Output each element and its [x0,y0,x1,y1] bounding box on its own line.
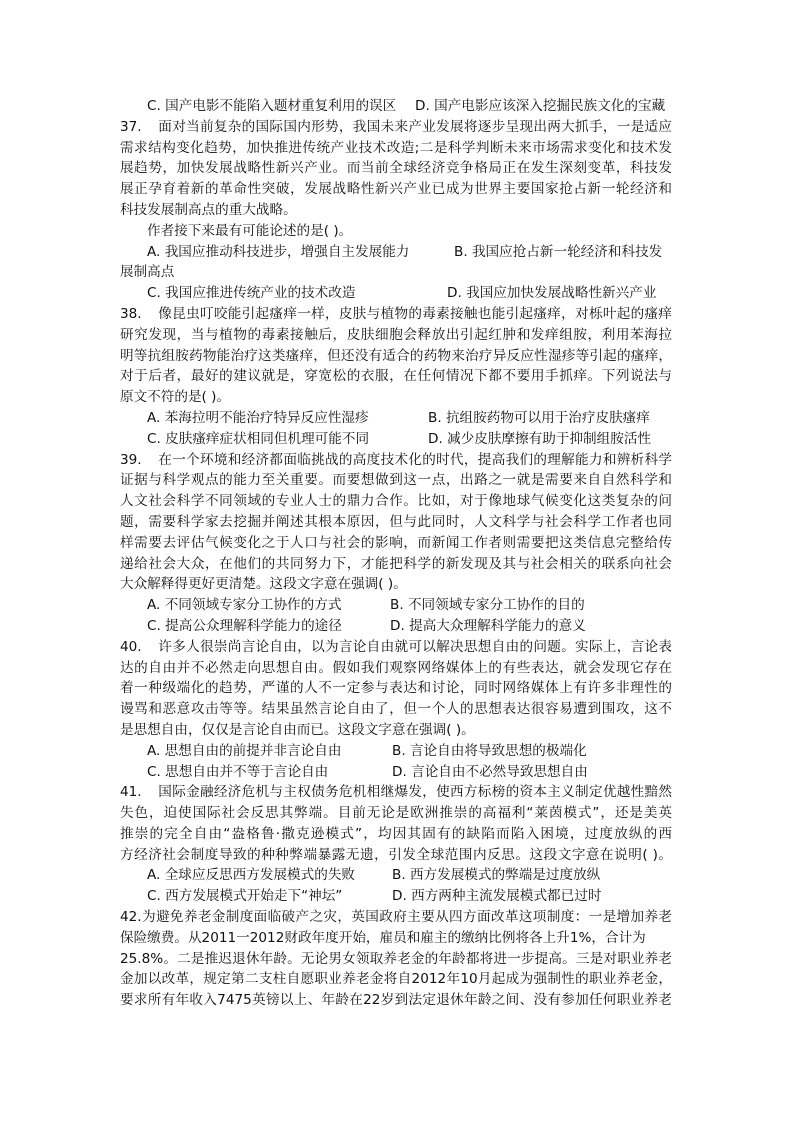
q40-option-d: D. 言论自由不必然导致思想自由 [392,762,588,783]
q40-options-ab: A. 思想自由的前提并非言论自由 B. 言论自由将导致思想的极端化 [120,741,672,762]
q38-stem-line-5: 原文不符的是( )。 [120,387,672,408]
q41-stem-line-1: 41.国际金融经济危机与主权债务危机相继爆发，使西方标榜的资本主义制定优越性黯然 [120,782,672,803]
q40-option-b: B. 言论自由将导致思想的极端化 [392,741,587,762]
q38-options-cd: C. 皮肤瘙痒症状相同但机理可能不同 D. 减少皮肤摩擦有助于抑制组胺活性 [120,429,672,450]
q42-stem-line-1: 42.为避免养老金制度面临破产之灾，英国政府主要从四方面改革这项制度：一是增加养… [120,907,672,928]
q37-option-c: C. 我国应推进传统产业的技术改造 [147,283,355,304]
q37-question: 作者接下来最有可能论述的是( )。 [120,221,672,242]
q37-stem-line-5: 科技发展制高点的重大战略。 [120,200,672,221]
q36-options-cd: C. 国产电影不能陷入题材重复利用的误区 D. 国产电影应该深入挖掘民族文化的宝… [120,96,672,117]
q39-stem-line-7: 大众解释得更好更清楚。这段文字意在强调( )。 [120,574,672,595]
q37-number: 37. [120,117,158,138]
q37-options-ab: A. 我国应推动科技进步，增强自主发展能力 B. 我国应抢占新一轮经济和科技发 [120,242,672,263]
q40-stem-line-1: 40.许多人很崇尚言论自由，以为言论自由就可以解决思想自由的问题。实际上，言论表 [120,637,672,658]
q42-stem-line-2: 保险缴费。从2011一2012财政年度开始，雇员和雇主的缴纳比例将各上升1%，合… [120,928,672,949]
q39-stem-line-1: 39.在一个环境和经济都面临挑战的高度技术化的时代，提高我们的理解能力和辨析科学 [120,450,672,471]
q39-stem-line-3: 人文社会科学不同领域的专业人士的鼎力合作。比如，对于像地球气候变化这类复杂的问 [120,491,672,512]
q41-option-c: C. 西方发展模式开始走下“神坛” [147,886,342,907]
q40-stem-line-4: 谩骂和恶意攻击等等。结果虽然言论自由了，但一个人的思想表达很容易遭到围攻，这不 [120,699,672,720]
q37-option-a: A. 我国应推动科技进步，增强自主发展能力 [147,242,409,263]
q39-option-c: C. 提高公众理解科学能力的途径 [147,616,342,637]
q42-stem-line-5: 要求所有年收入7475英镑以上、年龄在22岁到法定退休年龄之间、没有参加任何职业… [120,990,672,1011]
q38-options-ab: A. 苯海拉明不能治疗特异反应性湿疹 B. 抗组胺药物可以用于治疗皮肤瘙痒 [120,408,672,429]
q39-options-ab: A. 不同领域专家分工协作的方式 B. 不同领域专家分工协作的目的 [120,595,672,616]
q40-stem-line-3: 着一种级端化的趋势，严谨的人不一定参与表达和讨论，同时网络媒体上有许多非理性的 [120,678,672,699]
q38-option-c: C. 皮肤瘙痒症状相同但机理可能不同 [147,429,369,450]
q41-stem-line-4: 方经济社会制度导致的种种弊端暴露无遗，引发全球范围内反思。这段文字意在说明( )… [120,845,672,866]
q38-option-a: A. 苯海拉明不能治疗特异反应性湿疹 [147,408,369,429]
q38-stem-line-4: 对于后者，最好的建议就是，穿宽松的衣服，在任何情况下都不要用手抓痒。下列说法与 [120,366,672,387]
q40-number: 40. [120,637,158,658]
q39-options-cd: C. 提高公众理解科学能力的途径 D. 提高大众理解科学能力的意义 [120,616,672,637]
q40-option-a: A. 思想自由的前提并非言论自由 [147,741,341,762]
q41-options-ab: A. 全球应反思西方发展模式的失败 B. 西方发展模式的弊端是过度放纵 [120,865,672,886]
q37-stem-line-4: 展正孕育着新的革命性突破，发展战略性新兴产业已成为世界主要国家抢占新一轮经济和 [120,179,672,200]
q37-option-b: B. 我国应抢占新一轮经济和科技发 [454,242,662,263]
q41-option-a: A. 全球应反思西方发展模式的失败 [147,865,355,886]
q41-option-d: D. 西方两种主流发展模式都已过时 [392,886,601,907]
q38-stem-line-2: 研究发现，当与植物的毒素接触后，皮肤细胞会释放出引起红肿和发痒组胺，利用苯海拉 [120,325,672,346]
q38-stem-line-3: 明等抗组胺药物能治疗这类瘙痒，但还没有适合的药物来治疗异反应性湿疹等引起的瘙痒， [120,346,672,367]
q38-number: 38. [120,304,158,325]
q37-options-cd: C. 我国应推进传统产业的技术改造 D. 我国应加快发展战略性新兴产业 [120,283,672,304]
q39-option-d: D. 提高大众理解科学能力的意义 [390,616,586,637]
q39-option-a: A. 不同领域专家分工协作的方式 [147,595,341,616]
q41-option-b: B. 西方发展模式的弊端是过度放纵 [392,865,600,886]
q38-option-d: D. 减少皮肤摩擦有助于抑制组胺活性 [428,429,651,450]
q37-stem-line-3: 展趋势，加快发展战略性新兴产业。而当前全球经济竞争格局正在发生深刻变革，科技发 [120,158,672,179]
q36-option-d: D. 国产电影应该深入挖掘民族文化的宝藏 [415,96,665,117]
q40-options-cd: C. 思想自由并不等于言论自由 D. 言论自由不必然导致思想自由 [120,762,672,783]
q36-option-c: C. 国产电影不能陷入题材重复利用的误区 [147,96,396,117]
q42-stem-line-4: 金加以改革，规定第二支柱自愿职业养老金将自2012年10月起成为强制性的职业养老… [120,969,672,990]
q41-number: 41. [120,782,158,803]
document-page: C. 国产电影不能陷入题材重复利用的误区 D. 国产电影应该深入挖掘民族文化的宝… [120,96,672,1011]
q37-option-d: D. 我国应加快发展战略性新兴产业 [447,283,656,304]
q42-stem-line-3: 25.8%。二是推迟退休年龄。无论男女领取养老金的年龄都将进一步提高。三是对职业… [120,949,672,970]
q39-stem-line-2: 证据与科学观点的能力至关重要。而要想做到这一点，出路之一就是需要来自自然科学和 [120,470,672,491]
q40-stem-line-5: 是思想自由，仅仅是言论自由而已。这段文字意在强调( )。 [120,720,672,741]
q39-stem-line-6: 递给社会大众，在他们的共同努力下，才能把科学的新发现及其与社会相关的联系向社会 [120,554,672,575]
q42-number: 42. [120,907,142,928]
q41-options-cd: C. 西方发展模式开始走下“神坛” D. 西方两种主流发展模式都已过时 [120,886,672,907]
q37-stem-line-1: 37.面对当前复杂的国际国内形势，我国未来产业发展将逐步呈现出两大抓手，一是适应 [120,117,672,138]
q41-stem-line-2: 失色，迫使国际社会反思其弊端。目前无论是欧洲推崇的高福利“莱茵模式”，还是美英 [120,803,672,824]
q37-stem-line-2: 需求结构变化趋势，加快推进传统产业技术改造;二是科学判断未来市场需求变化和技术发 [120,138,672,159]
q41-stem-line-3: 推崇的完全自由“盎格鲁·撒克逊模式”，均因其固有的缺陷而陷入困境，过度放纵的西 [120,824,672,845]
q39-stem-line-5: 样需要去评估气候变化之于人口与社会的影响，而新闻工作者则需要把这类信息完整给传 [120,533,672,554]
q37-option-b-wrap: 展制高点 [120,262,672,283]
q40-option-c: C. 思想自由并不等于言论自由 [147,762,328,783]
q38-option-b: B. 抗组胺药物可以用于治疗皮肤瘙痒 [428,408,650,429]
q39-option-b: B. 不同领域专家分工协作的目的 [390,595,585,616]
q39-number: 39. [120,450,158,471]
q38-stem-line-1: 38.像昆虫叮咬能引起瘙痒一样，皮肤与植物的毒素接触也能引起瘙痒，对栎叶起的瘙痒 [120,304,672,325]
q39-stem-line-4: 题，需要科学家去挖掘并阐述其根本原因，但与此同时，人文科学与社会科学工作者也同 [120,512,672,533]
q40-stem-line-2: 达的自由并不必然走向思想自由。假如我们观察网络媒体上的有些表达，就会发现它存在 [120,658,672,679]
